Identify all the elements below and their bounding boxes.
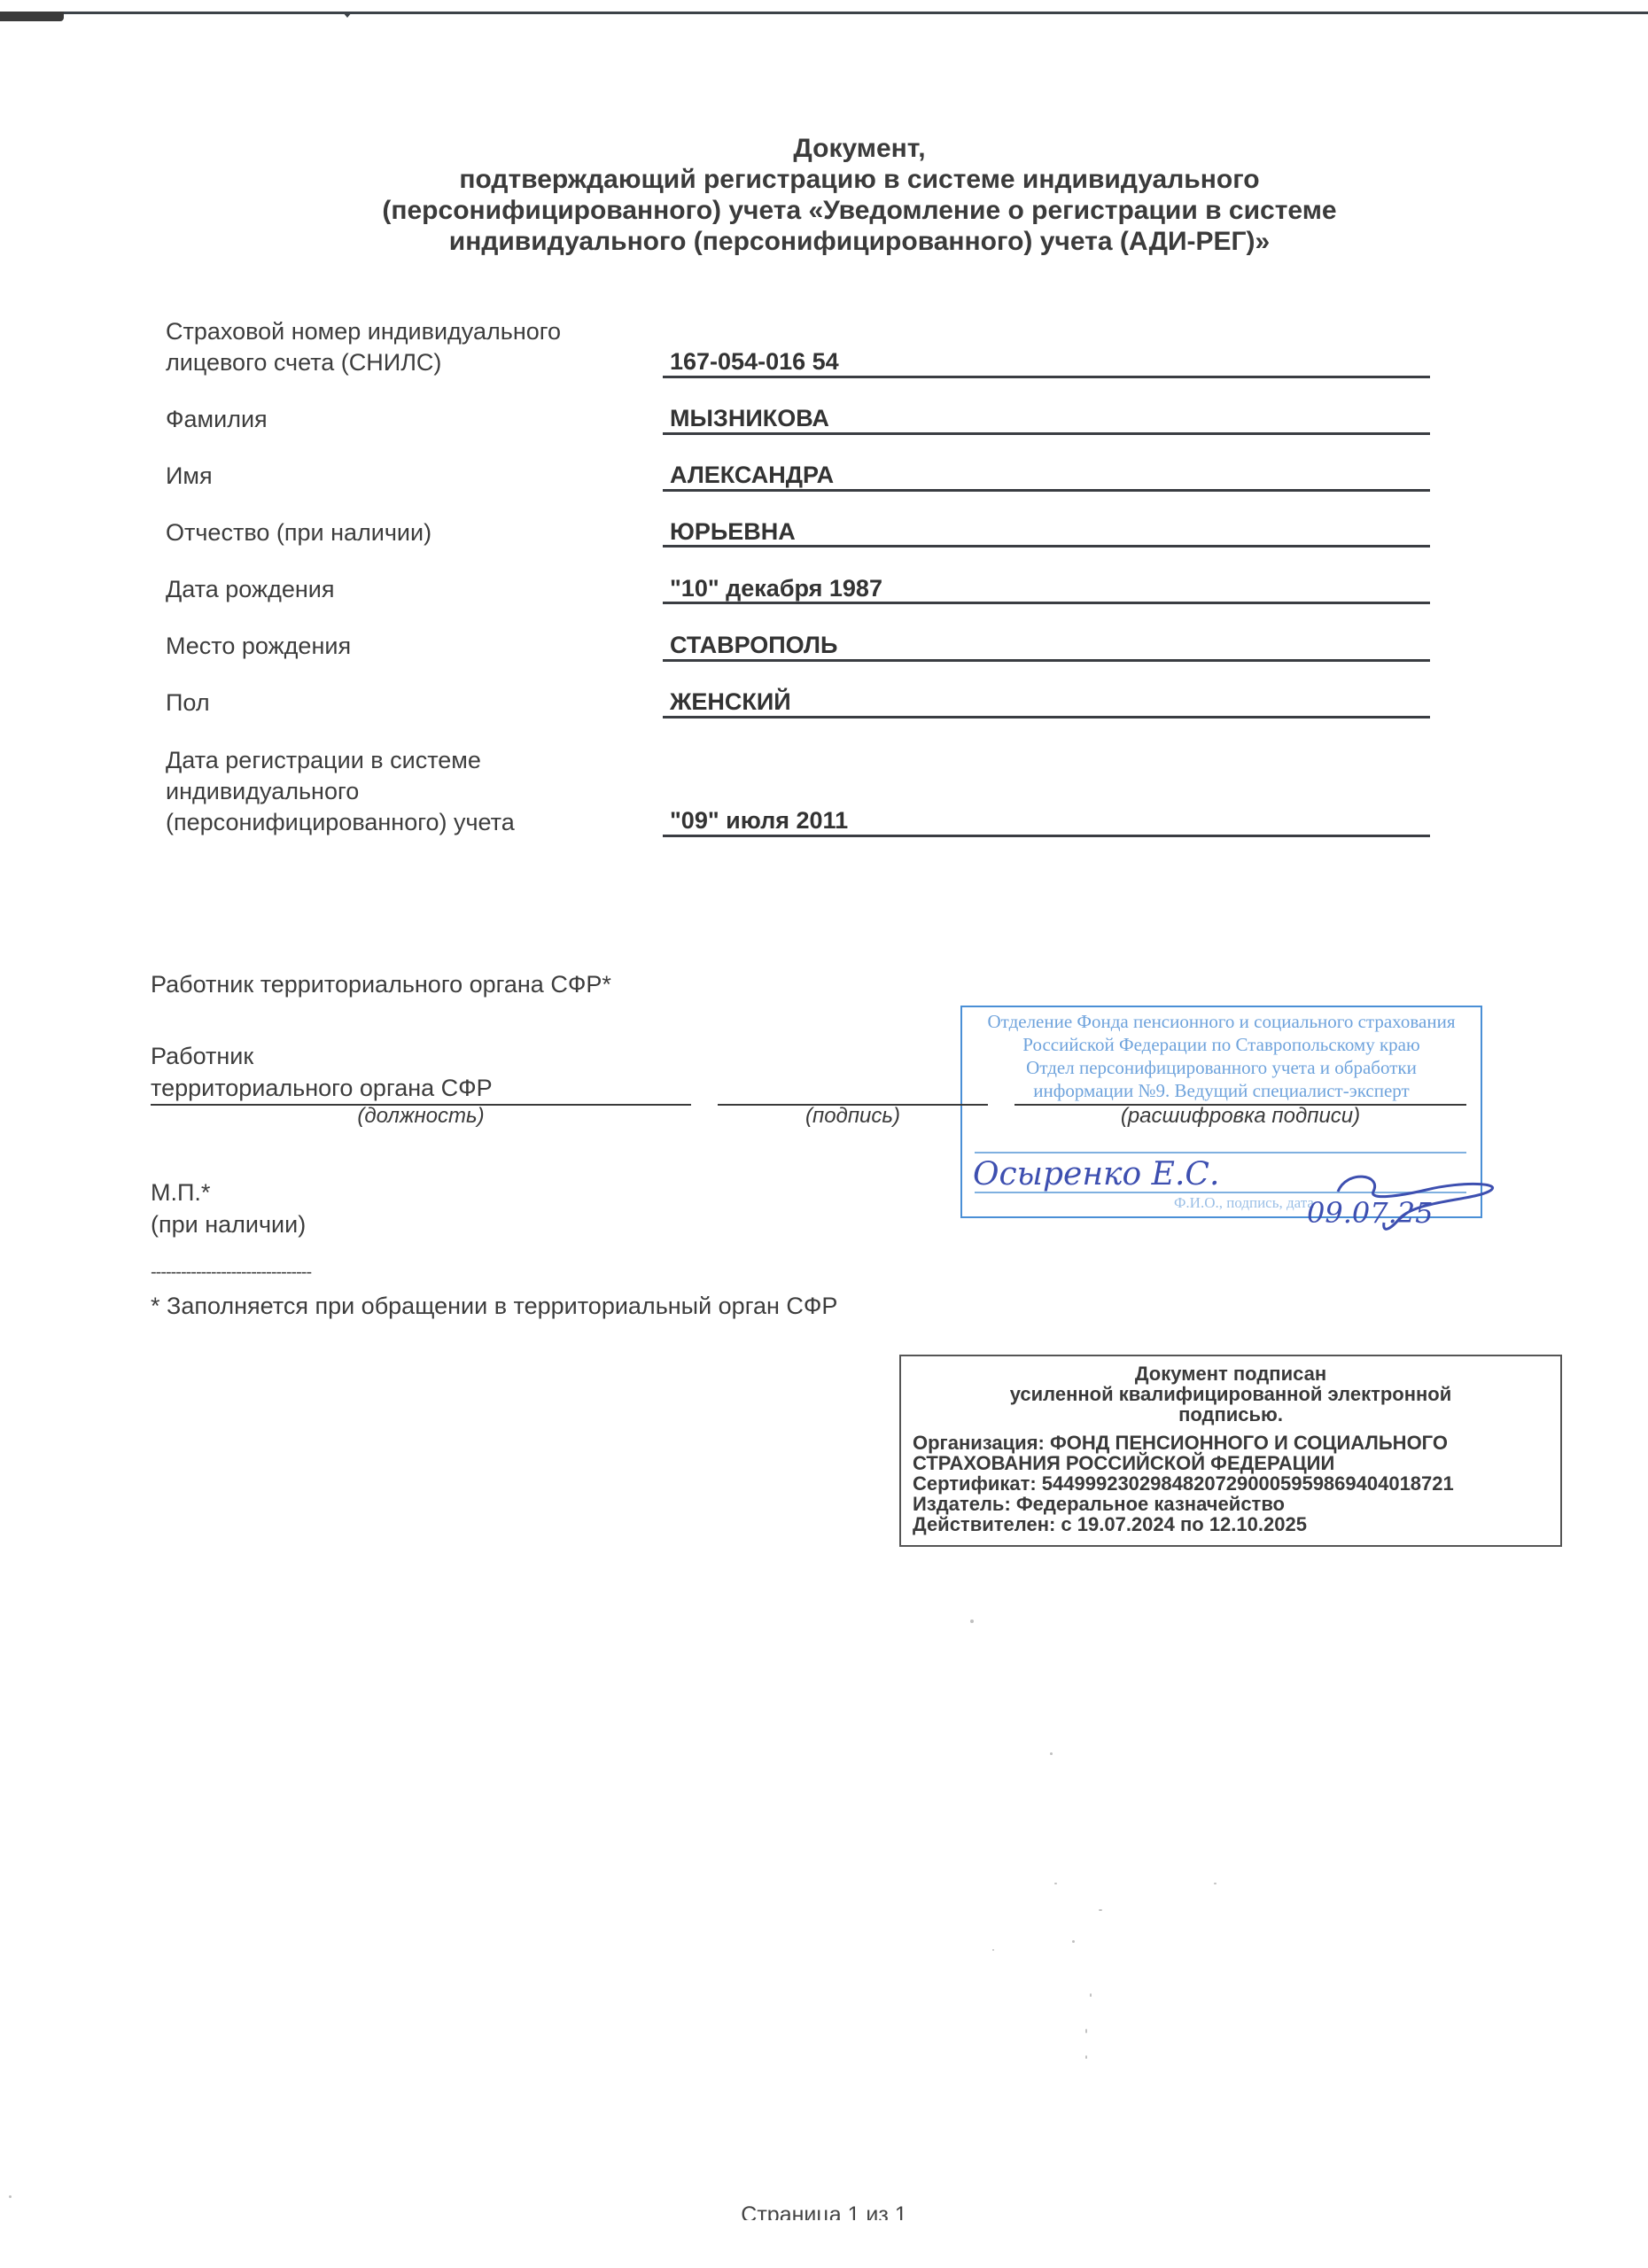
field-label-surname: Фамилия: [166, 404, 626, 435]
caption-decryption: (расшифровка подписи): [1014, 1104, 1466, 1129]
caption-signature: (подпись): [718, 1104, 988, 1129]
handwritten-date: 09.07.25: [1307, 1196, 1434, 1230]
stamp-text: Отделение Фонда пенсионного и социальног…: [962, 1010, 1481, 1102]
employee-section-title: Работник территориального органа СФР*: [151, 968, 611, 1000]
seal-line-1: М.П.*: [151, 1177, 306, 1208]
label-line: (персонифицированного) учета: [166, 807, 626, 838]
esign-issuer: Издатель: Федеральное казначейство: [913, 1494, 1560, 1514]
field-underline: [663, 432, 1430, 435]
field-underline: [663, 602, 1430, 604]
title-line-4: индивидуального (персонифицированного) у…: [266, 226, 1453, 257]
label-line: лицевого счета (СНИЛС): [166, 347, 626, 378]
field-value-birth-place: СТАВРОПОЛЬ: [670, 632, 837, 658]
label-line: индивидуального: [166, 776, 626, 807]
title-line-3: (персонифицированного) учета «Уведомлени…: [266, 195, 1453, 226]
field-value-snils: 167-054-016 54: [670, 348, 839, 375]
stamp-line-3: Отдел персонифицированного учета и обраб…: [962, 1056, 1481, 1079]
title-line-2: подтверждающий регистрацию в системе инд…: [266, 164, 1453, 195]
field-label-birth-date: Дата рождения: [166, 574, 626, 605]
field-value-name: АЛЕКСАНДРА: [670, 462, 834, 488]
field-label-registration-date: Дата регистрации в системе индивидуально…: [166, 745, 626, 838]
esign-details: Организация: ФОНД ПЕНСИОННОГО И СОЦИАЛЬН…: [901, 1433, 1560, 1534]
field-value-patronymic: ЮРЬЕВНА: [670, 518, 796, 545]
field-label-birth-place: Место рождения: [166, 631, 626, 662]
footnote-separator: --------------------------------: [151, 1262, 311, 1283]
field-value-sex: ЖЕНСКИЙ: [670, 688, 791, 715]
esign-title-line-1: Документ подписан: [901, 1363, 1560, 1384]
caption-position: (должность): [151, 1104, 691, 1129]
position-line-1: Работник: [151, 1040, 493, 1072]
label-line: Страховой номер индивидуального: [166, 316, 626, 347]
position-line-2: территориального органа СФР: [151, 1072, 493, 1104]
field-underline: [663, 716, 1430, 718]
field-underline: [663, 659, 1430, 662]
field-label-sex: Пол: [166, 687, 626, 718]
scan-edge-tab: [0, 12, 64, 21]
stamp-divider: [975, 1152, 1466, 1153]
title-line-1: Документ,: [266, 133, 1453, 164]
esign-title-line-3: подписью.: [901, 1404, 1560, 1425]
field-value-registration-date: "09" июля 2011: [670, 807, 848, 834]
seal-text: М.П.* (при наличии): [151, 1177, 306, 1240]
handwritten-name: Осыренко Е.С.: [973, 1156, 1219, 1192]
scan-edge-line: [0, 12, 1648, 14]
esign-validity: Действителен: с 19.07.2024 по 12.10.2025: [913, 1514, 1560, 1534]
seal-line-2: (при наличии): [151, 1208, 306, 1240]
footnote: * Заполняется при обращении в территориа…: [151, 1290, 837, 1322]
field-underline: [663, 835, 1430, 837]
esign-certificate: Сертификат: 5449992302984820729000595986…: [913, 1473, 1560, 1494]
scan-edge-notch: [343, 12, 352, 18]
stamp-line-2: Российской Федерации по Ставропольскому …: [962, 1033, 1481, 1056]
stamp-line-4: информации №9. Ведущий специалист-экспер…: [962, 1079, 1481, 1102]
document-title: Документ, подтверждающий регистрацию в с…: [266, 133, 1453, 257]
field-underline: [663, 489, 1430, 492]
field-label-patronymic: Отчество (при наличии): [166, 517, 626, 548]
esign-organization-line-2: СТРАХОВАНИЯ РОССИЙСКОЙ ФЕДЕРАЦИИ: [913, 1453, 1560, 1473]
position-text: Работник территориального органа СФР: [151, 1040, 493, 1104]
field-underline: [663, 376, 1430, 378]
field-value-birth-date: "10" декабря 1987: [670, 575, 882, 602]
stamp-line-1: Отделение Фонда пенсионного и социальног…: [962, 1010, 1481, 1033]
label-line: Дата регистрации в системе: [166, 745, 626, 776]
field-label-name: Имя: [166, 461, 626, 492]
field-label-snils: Страховой номер индивидуального лицевого…: [166, 316, 626, 378]
esign-organization-line-1: Организация: ФОНД ПЕНСИОННОГО И СОЦИАЛЬН…: [913, 1433, 1560, 1453]
electronic-signature-box: Документ подписан усиленной квалифициров…: [899, 1355, 1562, 1547]
page-number: Страница 1 из 1: [0, 2199, 1648, 2220]
esign-title: Документ подписан усиленной квалифициров…: [901, 1363, 1560, 1425]
field-underline: [663, 545, 1430, 548]
esign-title-line-2: усиленной квалифицированной электронной: [901, 1384, 1560, 1404]
field-value-surname: МЫЗНИКОВА: [670, 405, 829, 431]
stamp-fio-caption: Ф.И.О., подпись, дата: [1174, 1194, 1314, 1212]
